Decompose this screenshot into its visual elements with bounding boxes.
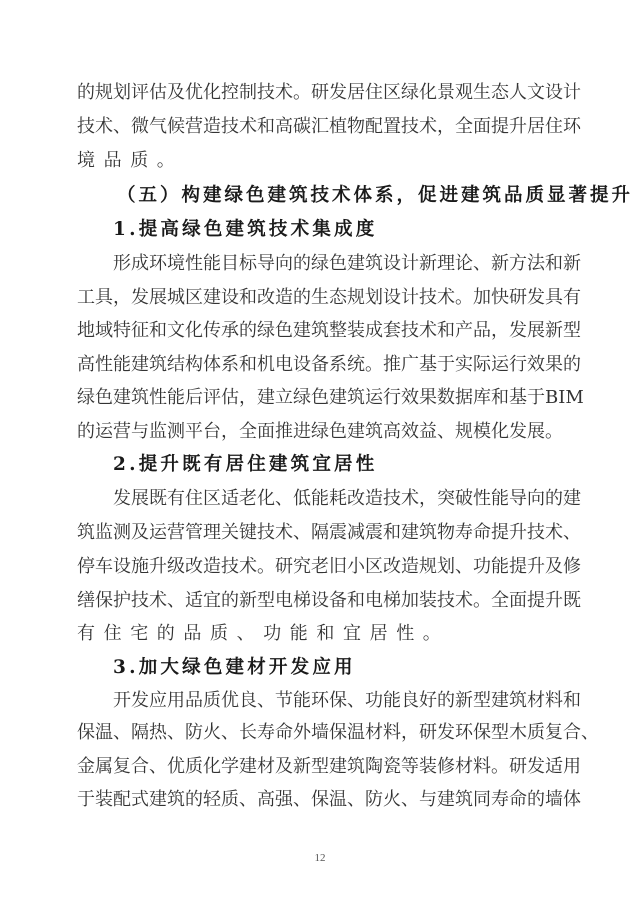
paragraph-line: 高性能建筑结构体系和机电设备系统。推广基于实际运行效果的 [77, 352, 558, 378]
subheading: 2.提升既有居住建筑宜居性 [113, 452, 558, 478]
paragraph-line: 于装配式建筑的轻质、高强、保温、防火、与建筑同寿命的墙体 [77, 787, 558, 813]
page-number: 12 [0, 852, 640, 864]
subheading: 3.加大绿色建材开发应用 [113, 655, 558, 681]
paragraph-line: 技术、微气候营造技术和高碳汇植物配置技术，全面提升居住环 [77, 114, 558, 140]
document-page: 的规划评估及优化控制技术。研发居住区绿化景观生态人文设计技术、微气候营造技术和高… [0, 0, 640, 906]
section-heading: （五）构建绿色建筑技术体系，促进建筑品质显著提升 [117, 183, 562, 209]
paragraph-line: 保温、隔热、防火、长寿命外墙保温材料，研发环保型木质复合、 [77, 720, 558, 746]
paragraph-line: 有住宅的品质、功能和宜居性。 [77, 621, 558, 647]
paragraph-line: 金属复合、优质化学建材及新型建筑陶瓷等装修材料。研发适用 [77, 754, 558, 780]
paragraph-line: 的规划评估及优化控制技术。研发居住区绿化景观生态人文设计 [77, 80, 558, 106]
paragraph-line: 开发应用品质优良、节能环保、功能良好的新型建筑材料和 [113, 688, 558, 714]
subheading: 1.提高绿色建筑技术集成度 [113, 217, 558, 243]
paragraph-line: 地域特征和文化传承的绿色建筑整装成套技术和产品，发展新型 [77, 318, 558, 344]
paragraph-line: 境品质。 [77, 148, 558, 174]
paragraph-line: 筑监测及运营管理关键技术、隔震减震和建筑物寿命提升技术、 [77, 520, 558, 546]
paragraph-line: 绿色建筑性能后评估，建立绿色建筑运行效果数据库和基于BIM [77, 385, 558, 411]
paragraph-line: 工具，发展城区建设和改造的生态规划设计技术。加快研发具有 [77, 285, 558, 311]
paragraph-line: 缮保护技术、适宜的新型电梯设备和电梯加装技术。全面提升既 [77, 588, 558, 614]
paragraph-line: 停车设施升级改造技术。研究老旧小区改造规划、功能提升及修 [77, 554, 558, 580]
paragraph-line: 发展既有住区适老化、低能耗改造技术，突破性能导向的建 [113, 486, 558, 512]
paragraph-line: 形成环境性能目标导向的绿色建筑设计新理论、新方法和新 [113, 251, 558, 277]
paragraph-line: 的运营与监测平台，全面推进绿色建筑高效益、规模化发展。 [77, 419, 558, 445]
